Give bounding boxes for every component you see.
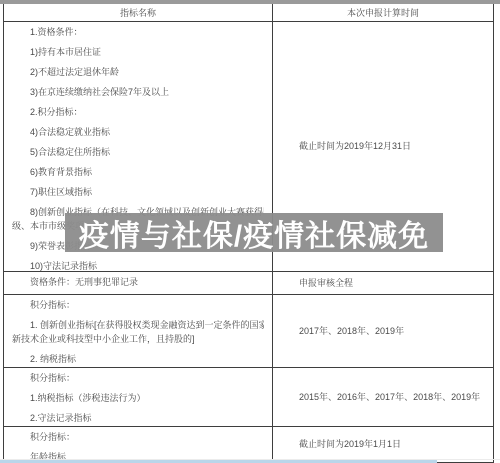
time-text: 截止时间为2019年1月1日 [299, 438, 401, 451]
indicator-line: 积分指标： [12, 299, 264, 312]
indicator-line: 3)在京连续缴纳社会保险7年及以上 [12, 86, 264, 99]
indicator-line: 积分指标： [12, 372, 264, 385]
time-cell: 2017年、2018年、2019年 [273, 295, 493, 367]
time-text: 截止时间为2019年12月31日 [299, 140, 411, 153]
header-declare-time: 本次申报计算时间 [273, 4, 493, 21]
indicator-cell: 积分指标：1. 创新创业指标[在获得股权类现金融资达到一定条件的国家高新技术企业… [4, 295, 273, 367]
time-cell: 申报审核全程 [273, 272, 493, 294]
indicator-line: 资格条件：无刑事犯罪记录 [12, 276, 264, 289]
header-indicator-name: 指标名称 [4, 4, 273, 21]
time-cell: 截止时间为2019年1月1日 [273, 427, 493, 462]
indicator-line: 4)合法稳定就业指标 [12, 126, 264, 139]
document-screenshot: 指标名称 本次申报计算时间 1.资格条件：1)持有本市居住证2)不超过法定退休年… [0, 0, 500, 463]
table-row: 积分指标：年龄指标截止时间为2019年1月1日 [4, 427, 493, 463]
watermark-text: 疫情与社保/疫情社保减免 [79, 211, 429, 255]
indicator-cell: 资格条件：无刑事犯罪记录 [4, 272, 273, 294]
indicator-line: 2)不超过法定退休年龄 [12, 66, 264, 79]
time-text: 申报审核全程 [299, 277, 353, 290]
indicator-line: 2. 纳税指标 [12, 353, 264, 366]
indicator-line: 1.资格条件： [12, 26, 264, 39]
table-row: 资格条件：无刑事犯罪记录申报审核全程 [4, 272, 493, 295]
indicator-line: 7)职住区域指标 [12, 186, 264, 199]
table-row: 积分指标：1. 创新创业指标[在获得股权类现金融资达到一定条件的国家高新技术企业… [4, 295, 493, 368]
time-cell: 2015年、2016年、2017年、2018年、2019年 [273, 368, 493, 426]
indicator-line: 6)教育背景指标 [12, 166, 264, 179]
indicator-line: 1.纳税指标（涉税违法行为） [12, 392, 264, 405]
indicator-line: 积分指标： [12, 431, 264, 444]
indicator-line: 10)守法记录指标 [12, 260, 264, 271]
indicator-cell: 积分指标：年龄指标 [4, 427, 273, 462]
time-text: 2017年、2018年、2019年 [299, 325, 404, 338]
indicator-line: 新技术企业或科技型中小企业工作，且持股的] [12, 333, 264, 346]
watermark-overlay: 疫情与社保/疫情社保减免 [65, 213, 443, 252]
table-header-row: 指标名称 本次申报计算时间 [4, 4, 493, 22]
indicator-line: 2.积分指标： [12, 106, 264, 119]
indicator-line: 5)合法稳定住所指标 [12, 146, 264, 159]
table-row: 积分指标：1.纳税指标（涉税违法行为）2.守法记录指标2015年、2016年、2… [4, 368, 493, 427]
indicator-line: 1)持有本市居住证 [12, 46, 264, 59]
indicator-line: 1. 创新创业指标[在获得股权类现金融资达到一定条件的国家高 [12, 319, 264, 332]
indicator-cell: 积分指标：1.纳税指标（涉税违法行为）2.守法记录指标 [4, 368, 273, 426]
time-text: 2015年、2016年、2017年、2018年、2019年 [299, 391, 480, 404]
indicator-line: 2.守法记录指标 [12, 412, 264, 425]
